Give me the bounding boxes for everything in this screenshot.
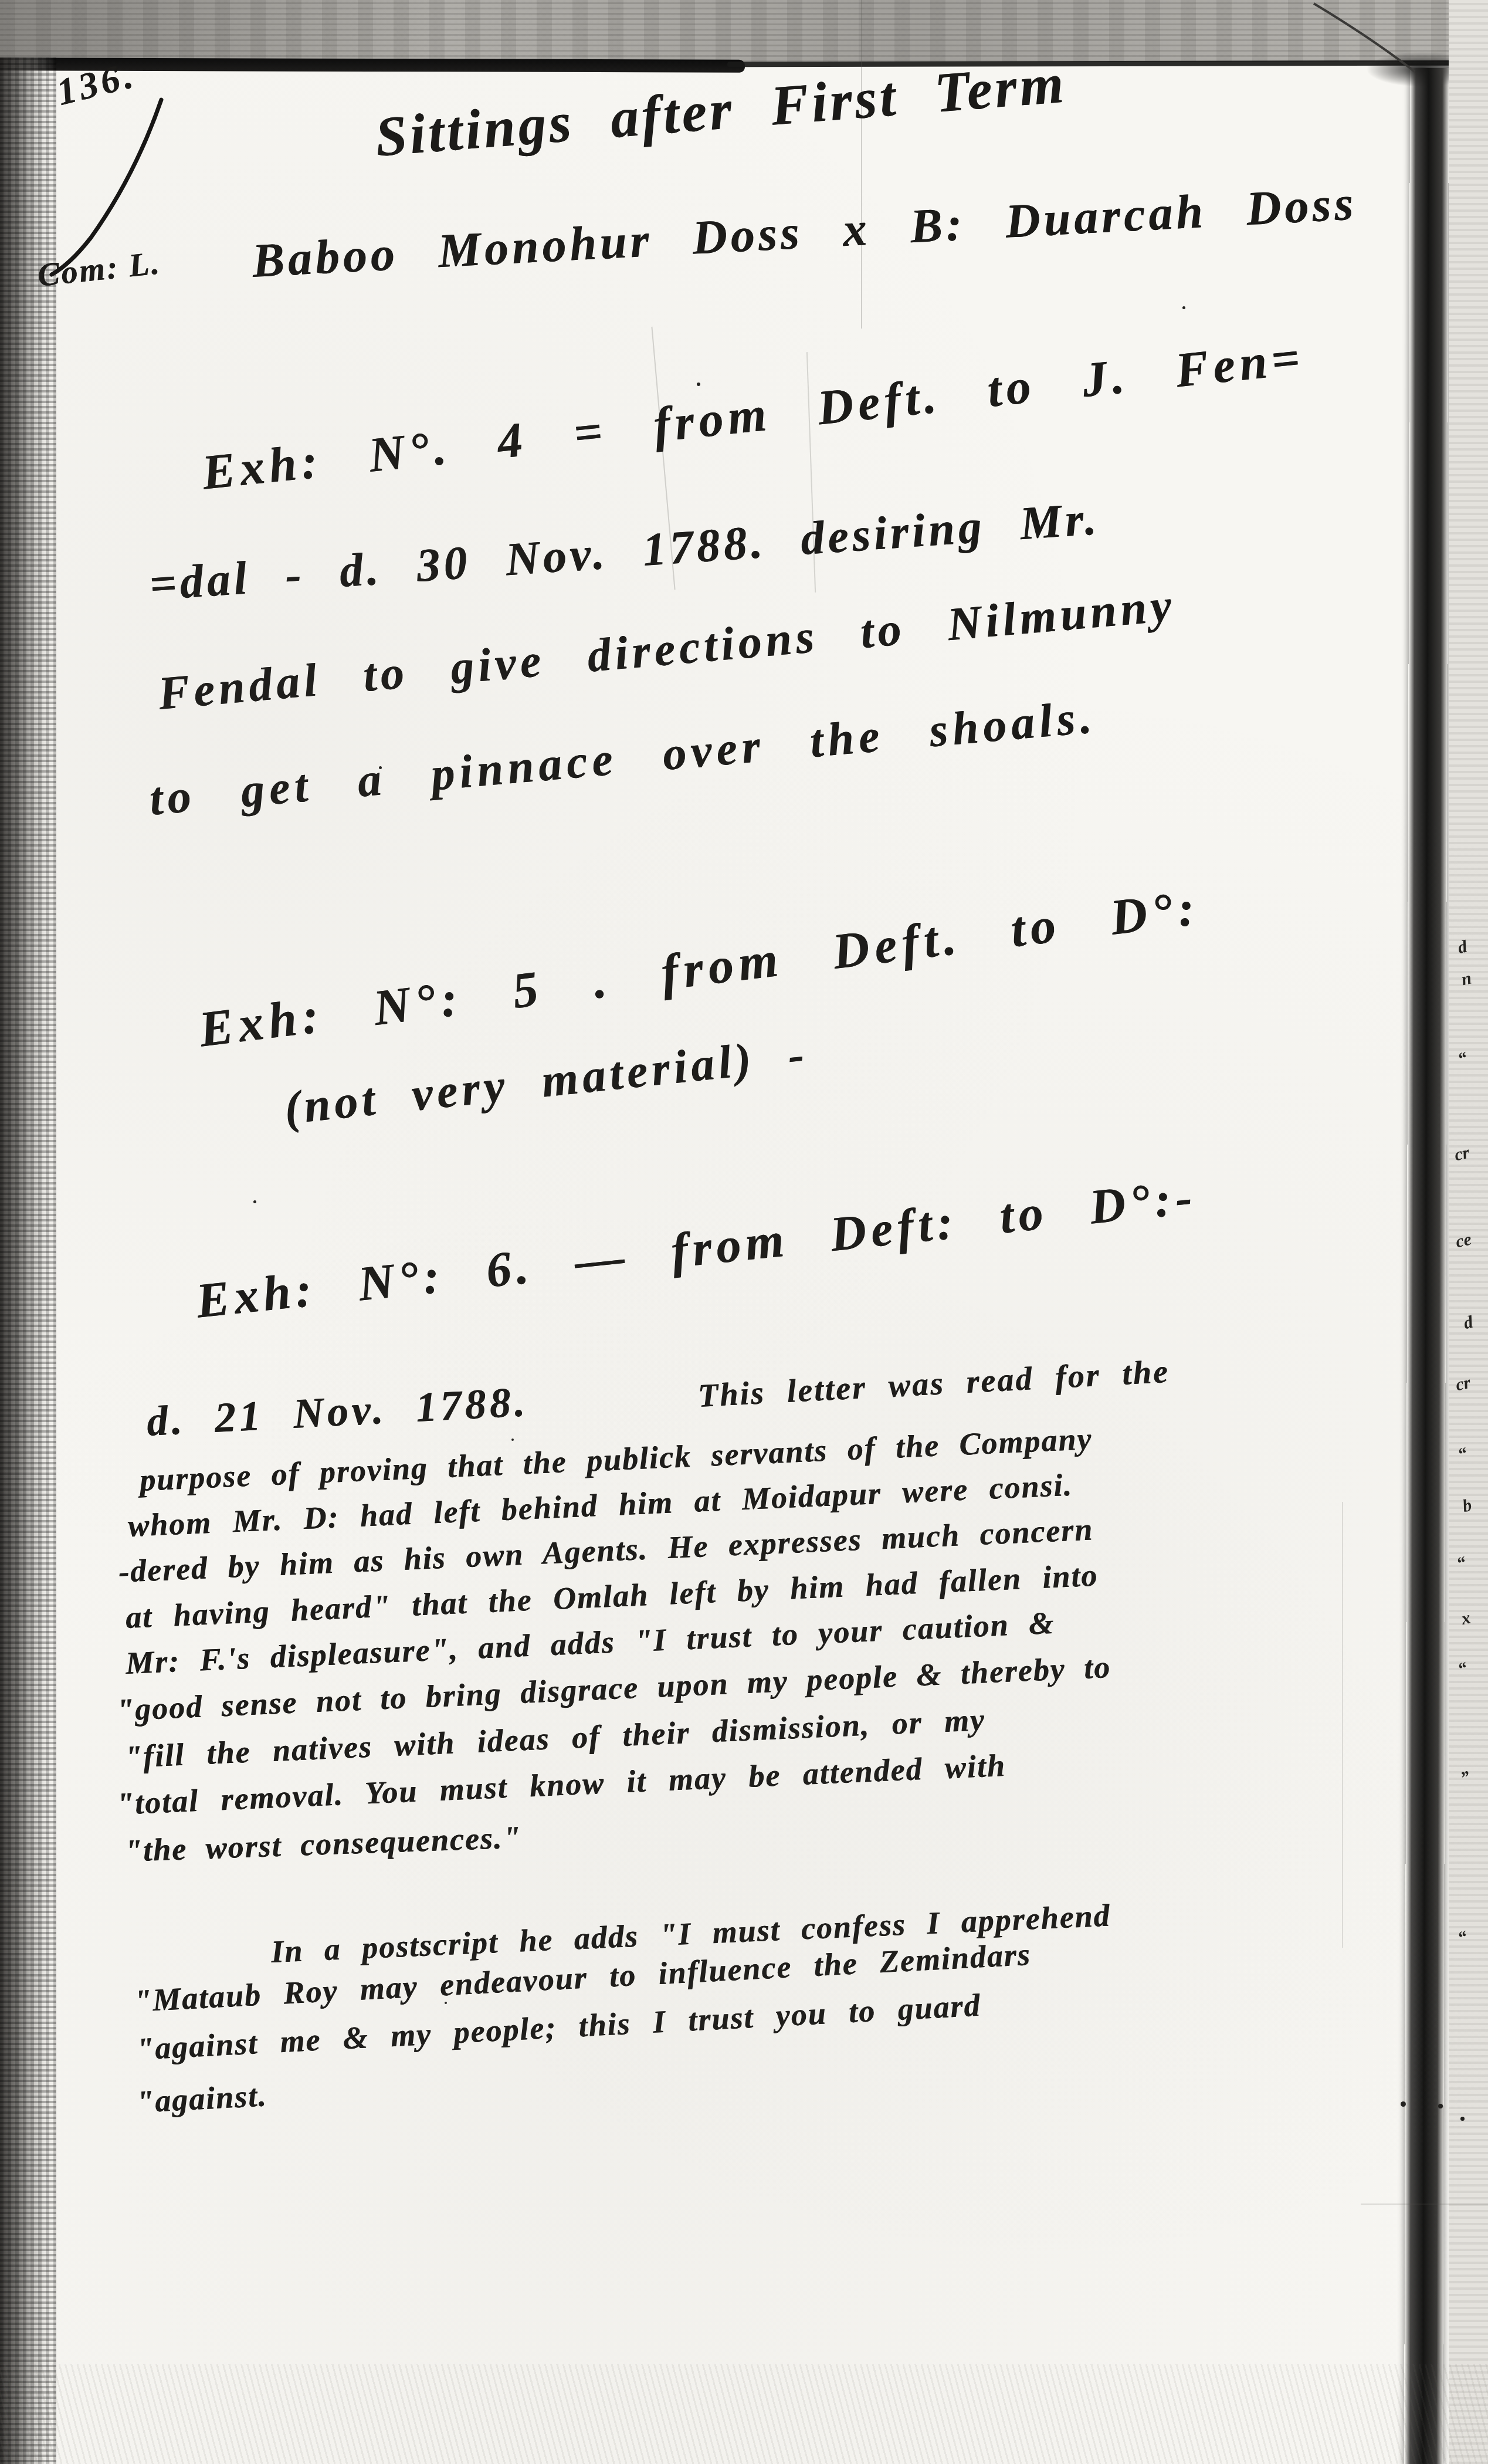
crease-line <box>861 0 862 329</box>
bottom-scan-noise <box>0 2364 1488 2464</box>
page-curl-curve <box>1308 0 1437 82</box>
ink-speck <box>1460 2117 1465 2121</box>
crease-line <box>1342 1502 1343 1948</box>
case-title: Baboo Monohur Doss x B: Duarcah Doss <box>251 175 1358 289</box>
exhibit6-paragraph-line: This letter was read for the <box>697 1353 1170 1415</box>
ink-speck <box>253 1200 256 1203</box>
exhibit5-line: Exh: N°: 5 . from Deft. to D°: <box>196 878 1203 1059</box>
scan-top-band <box>0 0 1488 62</box>
ink-speck <box>511 1439 514 1441</box>
left-gutter-shadow <box>0 57 56 2464</box>
exhibit6-paragraph-line: "the worst consequences." <box>124 1819 522 1869</box>
exhibit4-line: =dal - d. 30 Nov. 1788. desiring Mr. <box>148 492 1101 612</box>
ink-speck <box>379 766 382 769</box>
ink-speck <box>1401 2101 1406 2107</box>
exhibit4-line: Exh: N°. 4 = from Deft. to J. Fen= <box>199 329 1307 502</box>
ink-speck <box>697 383 700 386</box>
ink-speck <box>1182 306 1185 309</box>
scan-streak <box>1361 2204 1488 2205</box>
exhibit5-line: (not very material) - <box>282 1028 810 1136</box>
manuscript-page: 136. Sittings after First Term Com: L. B… <box>0 0 1488 2464</box>
exhibit4-line: to get a pinnace over the shoals. <box>147 691 1098 827</box>
postscript-line: "against. <box>135 2077 267 2120</box>
ink-speck <box>445 2002 447 2004</box>
ink-speck <box>1438 2104 1443 2108</box>
exhibit6-heading: Exh: N°: 6. — from Deft: to D°:- <box>194 1168 1199 1330</box>
exhibit6-date: d. 21 Nov. 1788. <box>145 1377 530 1446</box>
